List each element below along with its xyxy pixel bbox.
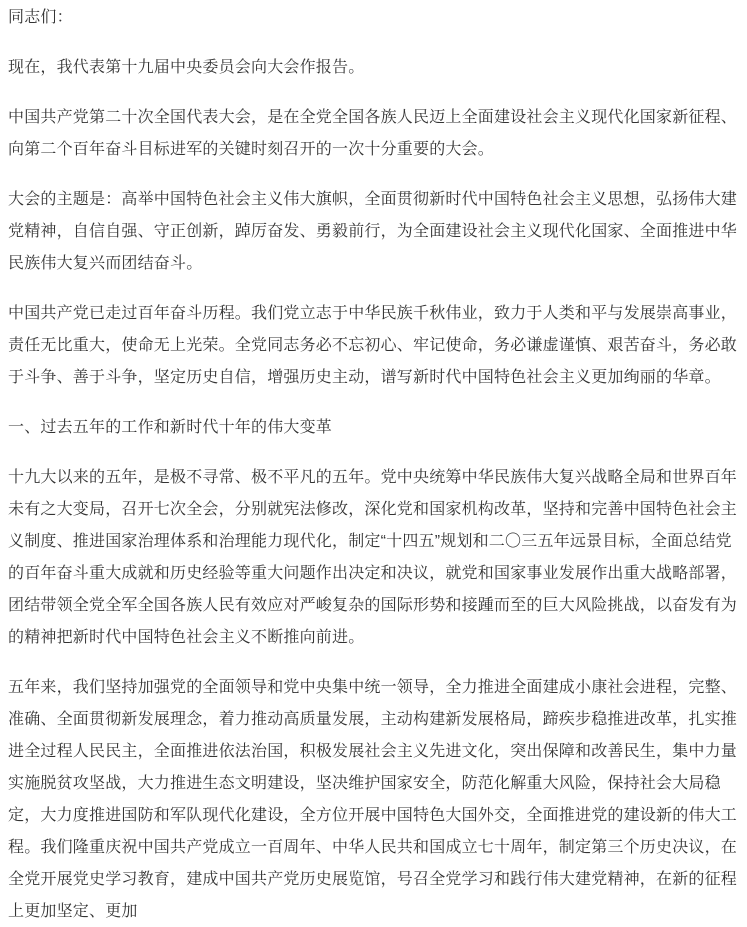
section-heading-part-one: 一、过去五年的工作和新时代十年的伟大变革	[8, 412, 739, 444]
article-body: 同志们： 现在，我代表第十九届中央委员会向大会作报告。 中国共产党第二十次全国代…	[0, 0, 747, 927]
paragraph-congress-significance: 中国共产党第二十次全国代表大会，是在全党全国各族人民迈上全面建设社会主义现代化国…	[8, 102, 739, 166]
paragraph-party-century-mission: 中国共产党已走过百年奋斗历程。我们党立志于中华民族千秋伟业，致力于人类和平与发展…	[8, 298, 739, 394]
paragraph-salutation: 同志们：	[8, 2, 739, 34]
paragraph-five-years-achievements: 五年来，我们坚持加强党的全面领导和党中央集中统一领导，全力推进全面建成小康社会进…	[8, 672, 739, 927]
paragraph-report-intro: 现在，我代表第十九届中央委员会向大会作报告。	[8, 52, 739, 84]
paragraph-five-years-overview: 十九大以来的五年，是极不寻常、极不平凡的五年。党中央统筹中华民族伟大复兴战略全局…	[8, 462, 739, 654]
paragraph-congress-theme: 大会的主题是：高举中国特色社会主义伟大旗帜，全面贯彻新时代中国特色社会主义思想，…	[8, 184, 739, 280]
